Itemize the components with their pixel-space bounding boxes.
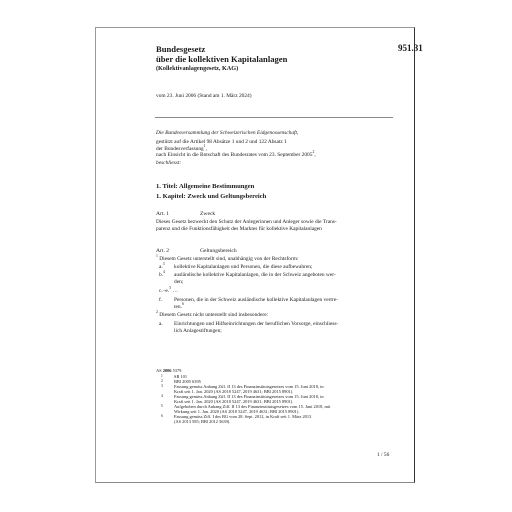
list-item-marker: c.–e.5 … [159,288,178,294]
footnote-text-cont: (AS 2013 585; BBl 2012 3639). [174,419,230,424]
art1-title: Zweck [200,211,215,217]
art2-para1: 1 Diesem Gesetz unterstellt sind, unabhä… [156,256,298,263]
art1-number: Art. 1 [156,211,169,217]
list-item: kollektive Kapitalanlagen und Personen, … [174,264,312,271]
paragraph-number: 2 [156,310,158,314]
preamble-line1: Die Bundesversammlung der Schweizerische… [156,130,298,136]
heading-chapter: 1. Kapitel: Zweck und Geltungsbereich [156,193,266,200]
law-title-line2: über die kollektiven Kapitalanlagen [156,54,287,64]
list-item-marker: b.4 [159,272,165,278]
paragraph-number: 1 [156,254,158,258]
footnote-number[interactable]: 1 [161,374,163,378]
art1-text-line2: parenz und die Funktionsfähigkeit des Ma… [156,226,322,233]
preamble-line4: nach Einsicht in die Botschaft des Bunde… [156,152,316,158]
sr-number: 951.31 [398,43,423,53]
preamble-line3-text: der Bundesverfassung [156,146,204,152]
law-short-title: (Kollektivanlagengesetz, KAG) [156,65,238,72]
footnote-number[interactable]: 3 [161,384,163,388]
document-page: 951.31 Bundesgesetz über die kollektiven… [95,27,415,483]
preamble-line4-text: nach Einsicht in die Botschaft des Bunde… [156,152,312,158]
list-item-cont: den; [174,279,183,286]
art2-title: Geltungsbereich [200,248,237,254]
art1-text-line1: Dieses Gesetz bezweckt den Schutz der An… [156,219,337,226]
preamble-line3: der Bundesverfassung1, [156,146,207,152]
page-indicator: 1 / 56 [377,452,389,458]
list-item-marker: a. [159,321,163,327]
as-prefix: AS [156,368,163,373]
footnote-number[interactable]: 4 [161,394,163,398]
heading-title: 1. Titel: Allgemeine Bestimmungen [156,183,254,190]
footnote-number[interactable]: 2 [161,379,163,383]
as-year: 2006 [163,368,172,373]
date-line: vom 23. Juni 2006 (Stand am 1. März 2024… [156,93,252,99]
footnote-ref[interactable]: 5 [169,286,171,290]
footnote-ref[interactable]: 4 [163,270,165,274]
preamble-line5: beschliesst: [156,160,181,166]
list-item: Einrichtungen und Hilfseinrichtungen der… [174,321,338,328]
preamble-line4-tail: , [314,152,315,158]
preamble-line3-tail: , [206,146,207,152]
as-reference: AS 2006 5379 [156,368,181,373]
list-item-marker: f. [159,297,162,303]
art1-heading: Art. 1 Zweck [156,211,169,217]
list-item-cont: ten.6 [174,304,184,311]
list-item-marker: a.3 [159,264,165,270]
law-title-line1: Bundesgesetz [156,44,205,54]
footnote-ref[interactable]: 3 [163,262,165,266]
art2-para1-text: Diesem Gesetz unterstellt sind, unabhäng… [159,256,298,262]
footnote-ref[interactable]: 6 [182,302,184,306]
as-page: 5379 [172,368,182,373]
footnote-number[interactable]: 5 [161,404,163,408]
item-ce-marker: c.–e. [159,288,169,294]
list-item: ausländische kollektive Kapitalanlagen, … [174,272,336,279]
list-item-cont-text: ten. [174,304,182,310]
list-item: Personen, die in der Schweiz ausländisch… [174,297,338,304]
list-item: … [172,288,177,294]
art2-para2-text: Diesem Gesetz nicht unterstellt sind ins… [159,312,268,318]
art2-number: Art. 2 [156,248,169,254]
footnote-number[interactable]: 6 [161,414,163,418]
preamble-line2: gestützt auf die Artikel 98 Absätze 1 un… [156,139,287,145]
art2-para2: 2 Diesem Gesetz nicht unterstellt sind i… [156,312,268,319]
list-item-cont: lich Anlagestiftungen; [174,328,222,335]
separator-line [155,117,393,118]
art2-heading: Art. 2 Geltungsbereich [156,248,169,254]
